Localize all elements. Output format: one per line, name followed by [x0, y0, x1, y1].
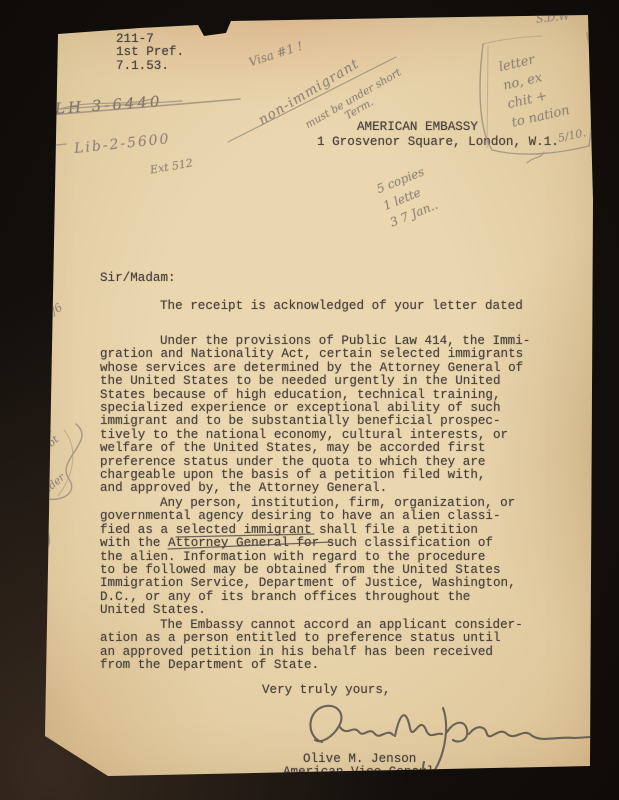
salutation: Sir/Madam: [100, 272, 176, 285]
annotation-margin-note-3: Mrs Golder 512 [13, 471, 75, 528]
annotation-price-note: 5/10. [557, 127, 587, 145]
reference-block: 211-7 1st Pref. 7.1.53. [116, 33, 184, 73]
letterhead-name: AMERICAN EMBASSY [357, 121, 478, 134]
annotation-phone-number: Lib-2-5600 [73, 131, 171, 157]
annotation-crossed-number: LH 3-6440 [55, 93, 164, 118]
circle-symbol [37, 140, 55, 152]
signer-title: American Vice Consul [283, 766, 434, 779]
annotation-margin-note-2: Mrs. Hall 5 re Shot [8, 424, 62, 475]
paragraph-2: Any person, institution, firm, organizat… [100, 497, 540, 618]
annotation-boxed-note: letter no, ex chit + to nation [497, 46, 571, 133]
opening-line: The receipt is acknowledged of your lett… [100, 300, 540, 313]
letter-paper: 211-7 1st Pref. 7.1.53. AMERICAN EMBASSY… [0, 0, 619, 800]
annotation-phone-ext: Ext 512 [149, 157, 194, 177]
annotation-initials: S.D.W [535, 10, 570, 26]
paragraph-3: The Embassy cannot accord an applicant c… [100, 619, 540, 673]
letter-scan-page: { "document": { "reference": "211-7\n1st… [0, 0, 619, 800]
signature-descender [410, 768, 436, 800]
letterhead-address: 1 Grosvenor Square, London, W.1. [317, 136, 559, 149]
annotation-visa-note: Visa #1 ! [247, 40, 304, 70]
paragraph-1: Under the provisions of Public Law 414, … [100, 335, 540, 496]
closing: Very truly yours, [262, 684, 390, 697]
annotation-margin-note-1: Inec St. 4/6 [7, 302, 65, 352]
crease-lines [47, 736, 96, 774]
annotation-copies-note: 5 copies 1 lette 3 7 Jan.. [374, 163, 441, 232]
